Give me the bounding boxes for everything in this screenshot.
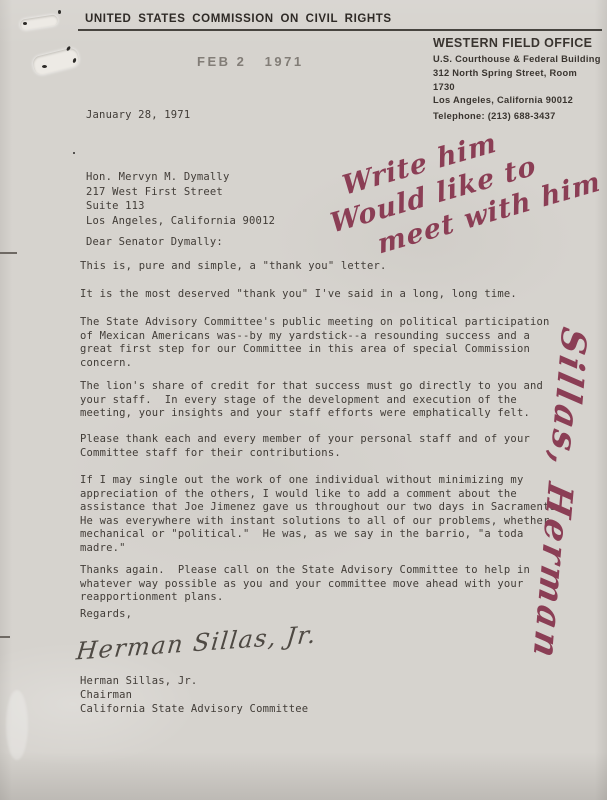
letter-page: UNITED STATES COMMISSION ON CIVIL RIGHTS… (0, 0, 607, 800)
closing: Regards, (80, 608, 132, 622)
letterhead-agency-name: UNITED STATES COMMISSION ON CIVIL RIGHTS (85, 13, 392, 25)
letterhead-rule (78, 29, 602, 31)
paper-stain (6, 690, 28, 760)
fold-mark (0, 252, 17, 254)
office-address-line: 312 North Spring Street, Room 1730 (433, 67, 601, 95)
body-paragraph: It is the most deserved "thank you" I've… (80, 288, 517, 302)
signature-block: Herman Sillas, Jr. Chairman California S… (80, 675, 308, 716)
fold-mark (0, 636, 10, 638)
received-date-stamp: FEB 2 1971 (197, 54, 304, 69)
handwritten-signature: Herman Sillas, Jr. (75, 620, 319, 665)
staple-hole (42, 65, 47, 68)
body-paragraph: The lion's share of credit for that succ… (80, 380, 543, 421)
ink-speck (73, 152, 75, 154)
letter-date: January 28, 1971 (86, 109, 190, 123)
body-paragraph: If I may single out the work of one indi… (80, 474, 563, 556)
body-paragraph: Thanks again. Please call on the State A… (80, 564, 530, 605)
body-paragraph: Please thank each and every member of yo… (80, 433, 530, 460)
body-paragraph: The State Advisory Committee's public me… (80, 316, 550, 370)
body-paragraph: This is, pure and simple, a "thank you" … (80, 260, 387, 274)
office-address-line: U.S. Courthouse & Federal Building (433, 53, 601, 67)
handwritten-note: Write him Would like to meet with him (317, 97, 607, 272)
office-name: WESTERN FIELD OFFICE (433, 36, 601, 50)
staple-hole (23, 22, 27, 25)
salutation: Dear Senator Dymally: (86, 236, 223, 250)
recipient-address: Hon. Mervyn M. Dymally 217 West First St… (86, 170, 275, 228)
staple-hole (58, 10, 61, 14)
